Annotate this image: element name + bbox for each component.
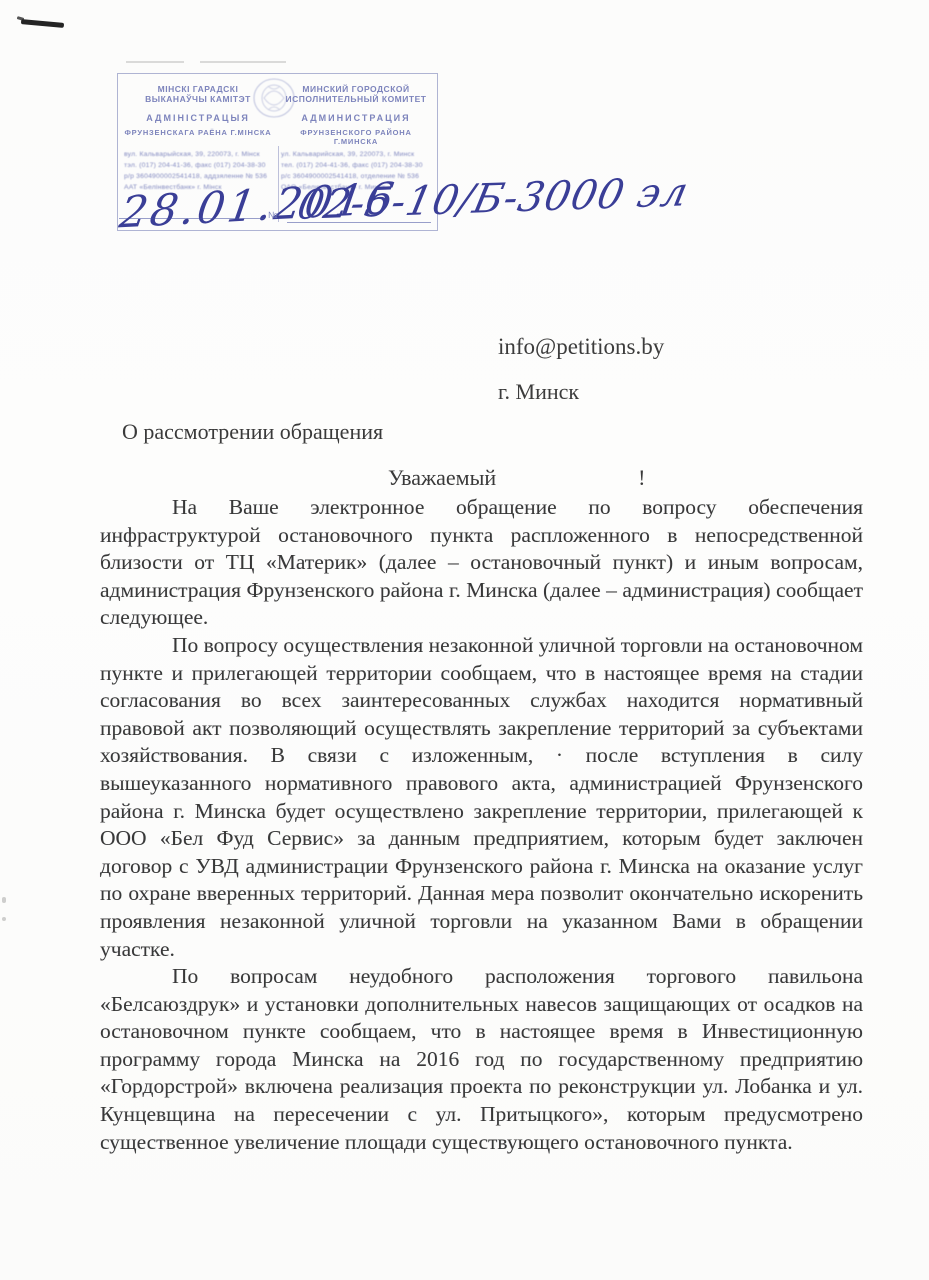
date-form-line	[119, 218, 264, 219]
org-name-line: ФРУНЗЕНСКАГА РАЁНА Г.МІНСКА	[124, 128, 272, 137]
scan-artifact-bar	[21, 19, 64, 28]
salutation: Уважаемый !	[388, 465, 646, 491]
scan-faint-line	[126, 61, 184, 63]
org-name-line: ИСПОЛНИТЕЛЬНЫЙ КОМИТЕТ	[282, 94, 430, 104]
org-name-line: АДМИНИСТРАЦИЯ	[282, 113, 430, 123]
paragraph-1: На Ваше электронное обращение по вопросу…	[100, 494, 863, 632]
address-line: тел. (017) 204-41-36, факс (017) 204-38-…	[281, 160, 437, 171]
subject-line: О рассмотрении обращения	[122, 419, 383, 445]
org-name-line: ФРУНЗЕНСКОГО РАЙОНА Г.МИНСКА	[282, 128, 430, 146]
recipient-email: info@petitions.by	[498, 334, 664, 360]
letter-body: На Ваше электронное обращение по вопросу…	[100, 494, 863, 1156]
address-line: вул. Кальварыйская, 39, 220073, г. Мінск	[124, 149, 280, 160]
paragraph-3: По вопросам неудобного расположения торг…	[100, 963, 863, 1156]
scan-faint-line	[200, 61, 286, 63]
salutation-exclamation: !	[638, 465, 645, 491]
letterhead-russian-block: МИНСКИЙ ГОРОДСКОЙ ИСПОЛНИТЕЛЬНЫЙ КОМИТЕТ…	[282, 84, 430, 146]
paragraph-2: По вопросу осуществления незаконной улич…	[100, 632, 863, 963]
coat-of-arms-icon	[246, 76, 302, 124]
scan-edge-mark	[2, 897, 6, 903]
org-name-line: МИНСКИЙ ГОРОДСКОЙ	[282, 84, 430, 94]
recipient-city: г. Минск	[498, 379, 579, 405]
address-line: тэл. (017) 204-41-36, факс (017) 204-38-…	[124, 160, 280, 171]
salutation-text: Уважаемый	[388, 465, 496, 491]
number-form-line	[287, 222, 431, 223]
address-line: ул. Кальварийская, 39, 220073, г. Минск	[281, 149, 437, 160]
scan-edge-mark	[2, 917, 6, 921]
number-sign: №	[268, 210, 278, 220]
scanned-letter-page: МІНСКІ ГАРАДСКІ ВЫКАНАЎЧЫ КАМІТЭТ АДМІНІ…	[0, 0, 929, 1280]
